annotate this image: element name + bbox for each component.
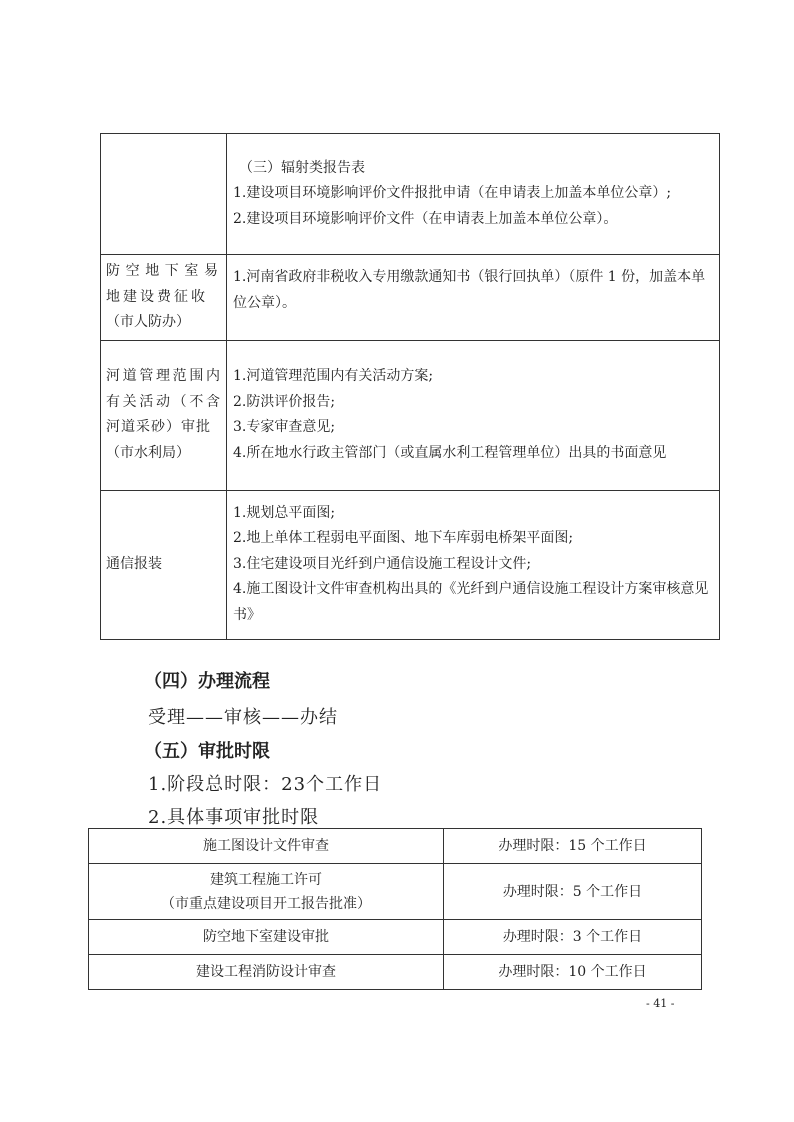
item-name: 防空地下室建设审批 <box>203 929 329 945</box>
table-row: 防空地下室建设审批 办理时限：3 个工作日 <box>89 920 702 955</box>
process-flow: 受理——审核——办结 <box>148 703 338 729</box>
table-row: 防空地下室易地建设费征收 （市人防办） 1.河南省政府非税收入专用缴款通知书（银… <box>101 255 720 341</box>
time-limit: 办理时限：15 个工作日 <box>444 829 702 864</box>
item-name: 河道管理范围内有关活动（不含河道采砂）审批 <box>106 364 221 441</box>
material-item: 2.防洪评价报告; <box>233 390 713 416</box>
item-name: 建筑工程施工许可 <box>90 868 442 892</box>
materials-cell: （三）辐射类报告表 1.建设项目环境影响评价文件报批申请（在申请表上加盖本单位公… <box>227 134 720 255</box>
item-label-cell: 防空地下室易地建设费征收 （市人防办） <box>101 255 227 341</box>
document-page: （三）辐射类报告表 1.建设项目环境影响评价文件报批申请（在申请表上加盖本单位公… <box>0 0 794 1122</box>
material-item: 1.建设项目环境影响评价文件报批申请（在申请表上加盖本单位公章）; <box>233 181 713 207</box>
materials-cell: 1.规划总平面图; 2.地上单体工程弱电平面图、地下车库弱电桥架平面图; 3.住… <box>227 490 720 639</box>
time-limit: 办理时限：10 个工作日 <box>444 955 702 990</box>
time-limit: 办理时限：5 个工作日 <box>444 864 702 920</box>
table-row: 建筑工程施工许可 （市重点建设项目开工报告批准） 办理时限：5 个工作日 <box>89 864 702 920</box>
department: （市人防办） <box>106 310 221 336</box>
item-label-cell: 河道管理范围内有关活动（不含河道采砂）审批 （市水利局） <box>101 340 227 490</box>
item-note: （市重点建设项目开工报告批准） <box>90 892 442 916</box>
approval-item: 防空地下室建设审批 <box>89 920 444 955</box>
approval-item: 建设工程消防设计审查 <box>89 955 444 990</box>
material-item: 2.地上单体工程弱电平面图、地下车库弱电桥架平面图; <box>233 526 713 552</box>
page-number: - 41 - <box>646 997 674 1010</box>
item-name: 防空地下室易地建设费征收 <box>106 259 221 310</box>
item-label-cell <box>101 134 227 255</box>
material-item: 4.所在地水行政主管部门（或直属水利工程管理单位）出具的书面意见 <box>233 441 713 467</box>
materials-cell: 1.河道管理范围内有关活动方案; 2.防洪评价报告; 3.专家审查意见; 4.所… <box>227 340 720 490</box>
item-label-cell: 通信报装 <box>101 490 227 639</box>
section-heading-process: （四）办理流程 <box>144 667 270 693</box>
table-row: 通信报装 1.规划总平面图; 2.地上单体工程弱电平面图、地下车库弱电桥架平面图… <box>101 490 720 639</box>
table-row: 河道管理范围内有关活动（不含河道采砂）审批 （市水利局） 1.河道管理范围内有关… <box>101 340 720 490</box>
material-item: 1.河道管理范围内有关活动方案; <box>233 364 713 390</box>
material-item: 4.施工图设计文件审查机构出具的《光纤到户通信设施工程设计方案审核意见书》 <box>233 577 713 628</box>
total-time-limit: 1.阶段总时限：23个工作日 <box>148 770 382 796</box>
material-item: 3.住宅建设项目光纤到户通信设施工程设计文件; <box>233 552 713 578</box>
item-name: 通信报装 <box>106 552 221 578</box>
table-row: 施工图设计文件审查 办理时限：15 个工作日 <box>89 829 702 864</box>
table-row: （三）辐射类报告表 1.建设项目环境影响评价文件报批申请（在申请表上加盖本单位公… <box>101 134 720 255</box>
material-item: 1.河南省政府非税收入专用缴款通知书（银行回执单）（原件 1 份，加盖本单位公章… <box>233 265 713 316</box>
materials-cell: 1.河南省政府非税收入专用缴款通知书（银行回执单）（原件 1 份，加盖本单位公章… <box>227 255 720 341</box>
table-row: 建设工程消防设计审查 办理时限：10 个工作日 <box>89 955 702 990</box>
item-name: 建设工程消防设计审查 <box>196 964 336 980</box>
item-name: 施工图设计文件审查 <box>203 838 329 854</box>
approval-item: 施工图设计文件审查 <box>89 829 444 864</box>
material-item: 1.规划总平面图; <box>233 501 713 527</box>
subheading: （三）辐射类报告表 <box>233 156 713 182</box>
material-item: 3.专家审查意见; <box>233 415 713 441</box>
time-limit: 办理时限：3 个工作日 <box>444 920 702 955</box>
time-limit-table: 施工图设计文件审查 办理时限：15 个工作日 建筑工程施工许可 （市重点建设项目… <box>88 828 702 990</box>
section-heading-time-limit: （五）审批时限 <box>144 737 270 763</box>
materials-table: （三）辐射类报告表 1.建设项目环境影响评价文件报批申请（在申请表上加盖本单位公… <box>100 133 720 640</box>
specific-time-limit-label: 2.具体事项审批时限 <box>148 803 319 829</box>
department: （市水利局） <box>106 441 221 467</box>
material-item: 2.建设项目环境影响评价文件（在申请表上加盖本单位公章）。 <box>233 207 713 233</box>
approval-item: 建筑工程施工许可 （市重点建设项目开工报告批准） <box>89 864 444 920</box>
